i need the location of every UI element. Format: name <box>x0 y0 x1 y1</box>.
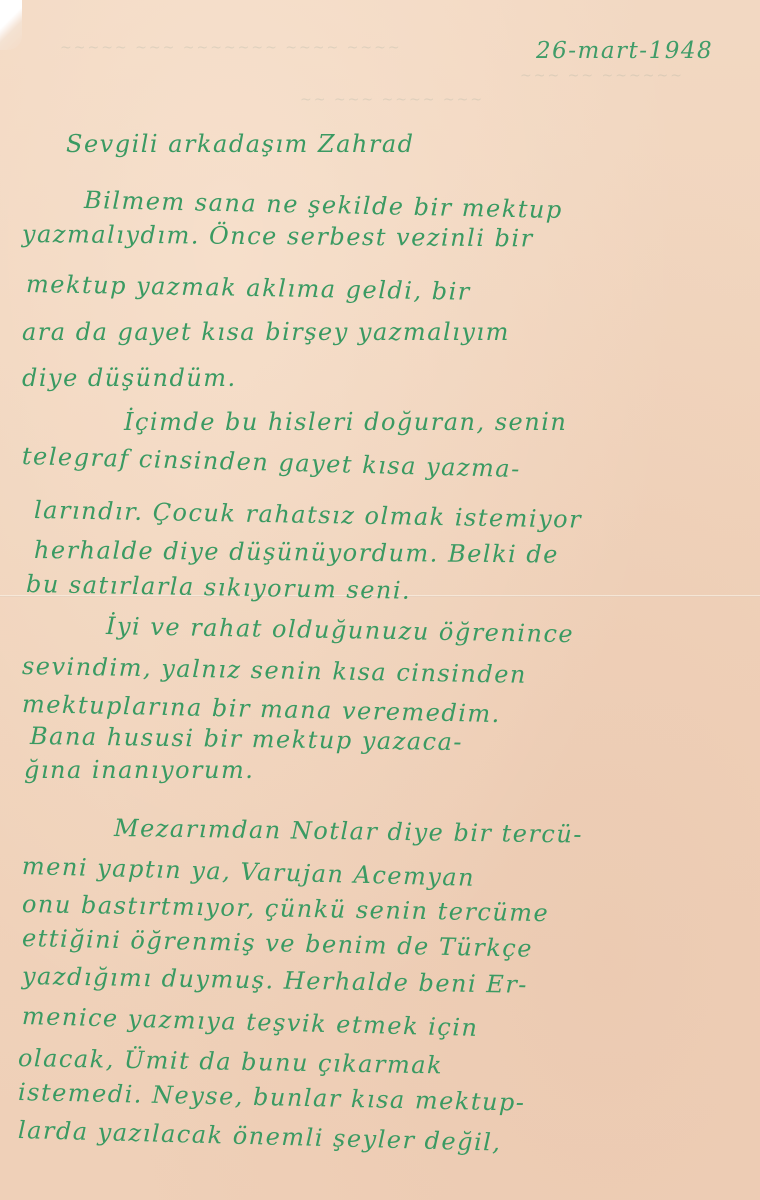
letter-line: larda yazılacak önemli şeyler değil, <box>18 1116 502 1157</box>
letter-line: Bana hususi bir mektup yazaca- <box>30 722 463 756</box>
letter-line: Mezarımdan Notlar diye bir tercü- <box>114 814 583 849</box>
letter-line: Bilmem sana ne şekilde bir mektup <box>84 186 563 224</box>
bleed-through-text: ~~ ~~~ ~~~~ ~~~ <box>300 92 484 108</box>
bleed-through-text: ~~~ ~~ ~~~~~~ <box>520 68 684 84</box>
letter-line: onu bastırtmıyor, çünkü senin tercüme <box>22 890 550 927</box>
letter-line: ğına inanıyorum. <box>24 756 254 784</box>
folded-corner <box>0 0 22 50</box>
letter-line: İyi ve rahat olduğunuzu öğrenince <box>106 612 575 648</box>
letter-line: istemedi. Neyse, bunlar kısa mektup- <box>18 1078 526 1117</box>
letter-line: meni yaptın ya, Varujan Acemyan <box>22 852 476 892</box>
letter-page: ~~~~~ ~~~ ~~~~~~~ ~~~~ ~~~~ ~~~ ~~ ~~~~~… <box>0 0 760 1200</box>
letter-line: diye düşündüm. <box>22 364 237 392</box>
letter-line: yazmalıydım. Önce serbest vezinli bir <box>22 220 534 252</box>
letter-line: olacak, Ümit da bunu çıkarmak <box>18 1044 444 1079</box>
letter-line: mektup yazmak aklıma geldi, bir <box>26 270 471 306</box>
bleed-through-text: ~~~~~ ~~~ ~~~~~~~ ~~~~ ~~~~ <box>60 40 402 56</box>
letter-line: ara da gayet kısa birşey yazmalıyım <box>22 318 510 346</box>
letter-line: ettiğini öğrenmiş ve benim de Türkçe <box>22 924 534 963</box>
letter-line: İçimde bu hisleri doğuran, senin <box>124 408 567 436</box>
letter-line: herhalde diye düşünüyordum. Belki de <box>34 536 559 569</box>
letter-line: sevindim, yalnız senin kısa cinsinden <box>22 652 527 689</box>
letter-date: 26-mart-1948 <box>536 38 713 64</box>
letter-line: menice yazmıya teşvik etmek için <box>22 1002 479 1042</box>
letter-line: larındır. Çocuk rahatsız olmak istemiyor <box>34 496 583 534</box>
letter-line: bu satırlarla sıkıyorum seni. <box>26 570 412 605</box>
letter-line: telegraf cinsinden gayet kısa yazma- <box>22 442 521 483</box>
salutation: Sevgili arkadaşım Zahrad <box>66 130 415 158</box>
letter-line: yazdığımı duymuş. Herhalde beni Er- <box>22 962 528 999</box>
